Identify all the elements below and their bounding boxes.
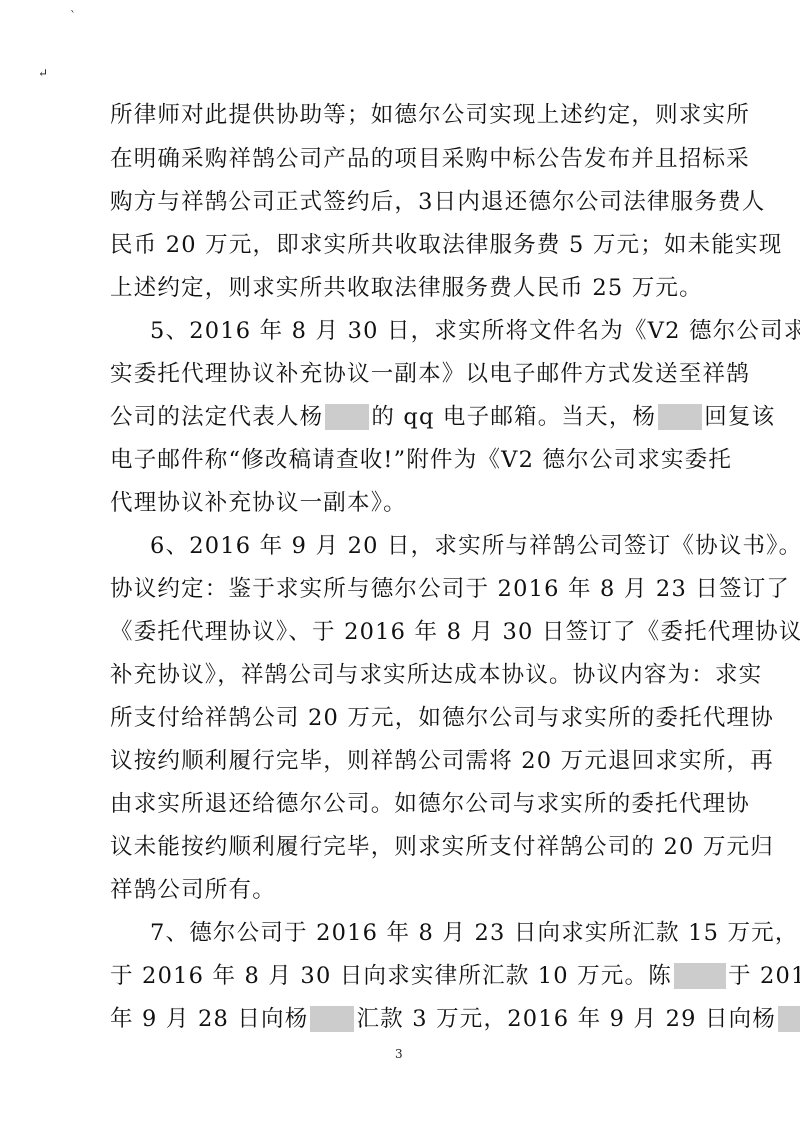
text-line: 协议约定：鉴于求实所与德尔公司于 2016 年 8 月 23 日签订了 [110, 574, 700, 604]
paragraph-5-first-line: 5、2016 年 8 月 30 日，求实所将文件名为《V2 德尔公司求 [150, 316, 700, 346]
text-segment: 回复该 [704, 404, 775, 430]
text-line: 所支付给祥鹄公司 20 万元，如德尔公司与求实所的委托代理协 [110, 703, 700, 733]
redaction-box [674, 963, 726, 989]
text-line: 在明确采购祥鹄公司产品的项目采购中标公告发布并且招标采 [110, 144, 700, 174]
text-line: 所律师对此提供协助等；如德尔公司实现上述约定，则求实所 [110, 100, 700, 130]
text-line: 议按约顺利履行完毕，则祥鹄公司需将 20 万元退回求实所，再 [110, 746, 700, 776]
redaction-box [658, 404, 702, 430]
paragraph-7-first-line: 7、德尔公司于 2016 年 8 月 23 日向求实所汇款 15 万元， [150, 918, 700, 948]
text-line: 《委托代理协议》、于 2016 年 8 月 30 日签订了《委托代理协议 [110, 617, 700, 647]
text-line: 上述约定，则求实所共收取法律服务费人民币 25 万元。 [110, 273, 700, 303]
text-segment: 公司的法定代表人杨 [110, 404, 323, 430]
page-number: 3 [395, 1047, 403, 1061]
text-line: 补充协议》，祥鹄公司与求实所达成本协议。协议内容为：求实 [110, 660, 700, 690]
text-line: 实委托代理协议补充协议一副本》以电子邮件方式发送至祥鹄 [110, 359, 700, 389]
text-segment: 于 2016 [728, 963, 800, 989]
text-segment: 汇款 3 万元，2016 年 9 月 29 日向杨 [356, 1006, 776, 1032]
text-line-with-redactions: 公司的法定代表人杨的 qq 电子邮箱。当天，杨回复该 [110, 402, 700, 432]
redaction-box [778, 1006, 800, 1032]
text-line-with-redaction: 于 2016 年 8 月 30 日向求实律所汇款 10 万元。陈于 2016 [110, 961, 700, 991]
text-line: 代理协议补充协议一副本》。 [110, 488, 700, 518]
text-line: 民币 20 万元，即求实所共收取法律服务费 5 万元；如未能实现 [110, 230, 700, 260]
redaction-box [325, 404, 369, 430]
text-line: 议未能按约顺利履行完毕，则求实所支付祥鹄公司的 20 万元归 [110, 832, 700, 862]
redaction-box [310, 1006, 354, 1032]
text-line: 祥鹄公司所有。 [110, 875, 700, 905]
text-segment: 于 2016 年 8 月 30 日向求实律所汇款 10 万元。陈 [110, 963, 672, 989]
text-segment: 的 qq 电子邮箱。当天，杨 [371, 404, 656, 430]
scan-mark: ` [70, 10, 76, 22]
text-segment: 年 9 月 28 日向杨 [110, 1006, 308, 1032]
text-line: 由求实所退还给德尔公司。如德尔公司与求实所的委托代理协 [110, 789, 700, 819]
text-line-with-redactions: 年 9 月 28 日向杨汇款 3 万元，2016 年 9 月 29 日向杨 [110, 1004, 700, 1034]
text-line: 电子邮件称“修改稿请查收!”附件为《V2 德尔公司求实委托 [110, 445, 700, 475]
document-page: ` ↵ 所律师对此提供协助等；如德尔公司实现上述约定，则求实所 在明确采购祥鹄公… [0, 0, 800, 1133]
scan-mark: ↵ [38, 67, 48, 79]
paragraph-6-first-line: 6、2016 年 9 月 20 日，求实所与祥鹄公司签订《协议书》。 [150, 531, 700, 561]
text-line: 购方与祥鹄公司正式签约后，3日内退还德尔公司法律服务费人 [110, 187, 700, 217]
